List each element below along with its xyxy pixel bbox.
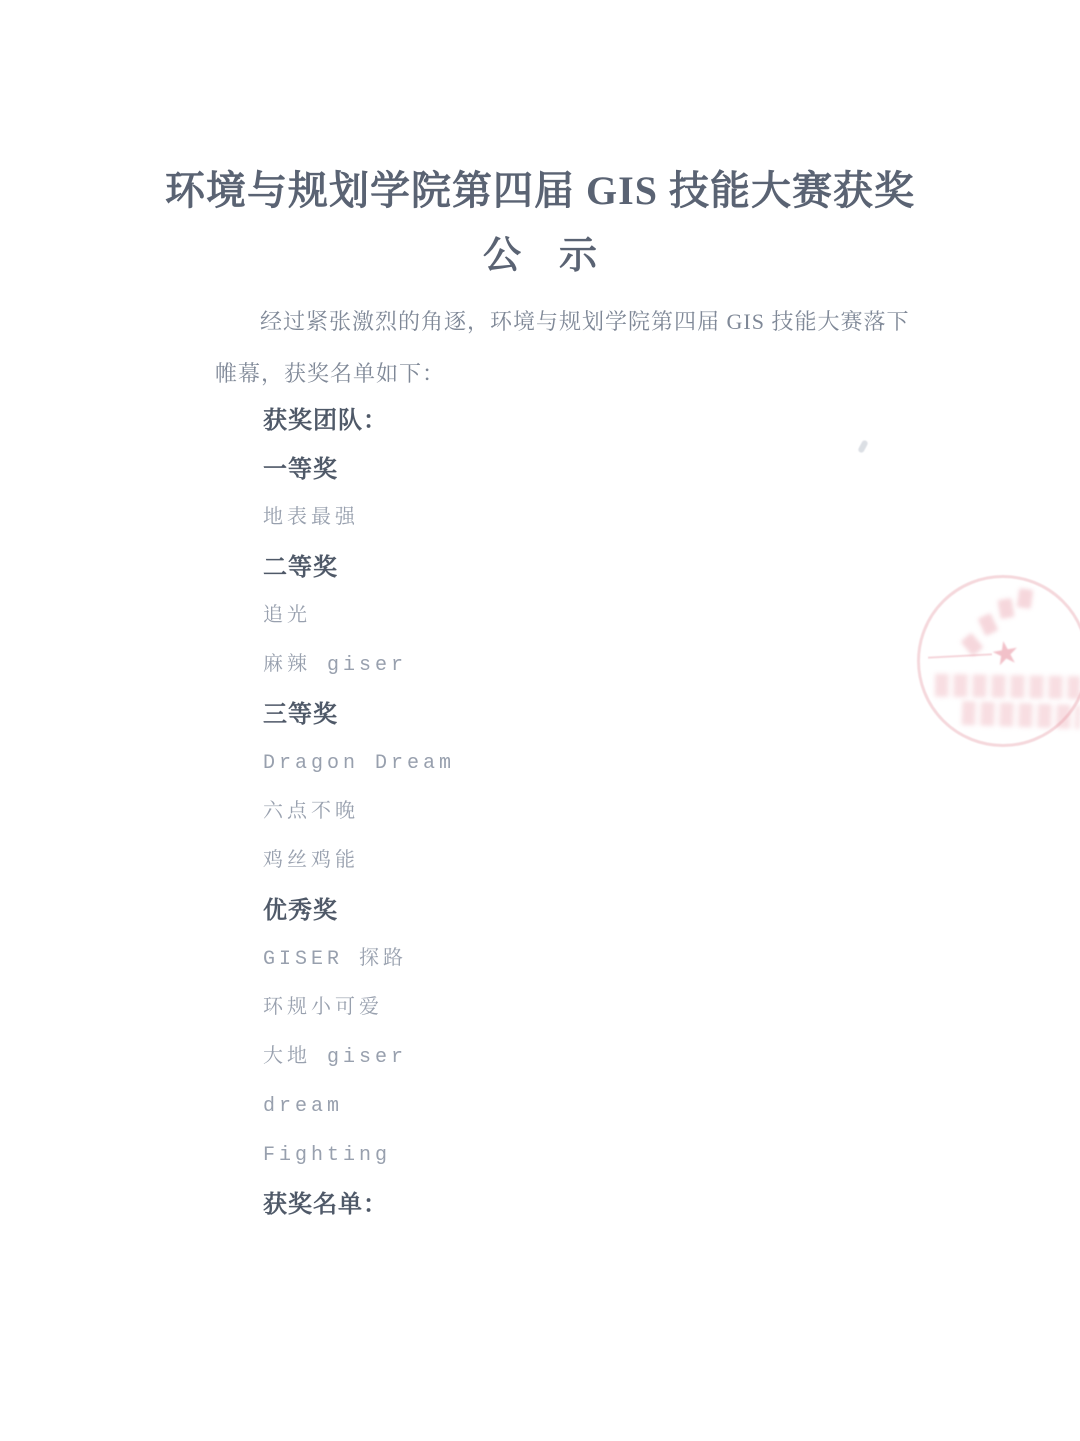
awards-list: 获奖团队：一等奖地表最强二等奖追光麻辣 giser三等奖Dragon Dream… [263,396,455,1229]
seal-lower-text [962,701,1080,729]
team-name: Dragon Dream [263,739,455,788]
seal-arc-text [978,613,999,636]
document-title: 环境与规划学院第四届 GIS 技能大赛获奖 [0,166,1080,216]
team-name: GISER 探路 [263,935,455,984]
seal-star-icon: ★ [988,635,1022,671]
team-name: 环规小可爱 [263,984,455,1033]
award-tier-heading: 三等奖 [263,690,455,739]
document-subtitle: 公 示 [0,232,1080,280]
official-seal: ★ [917,575,1080,747]
seal-arc-text [1017,588,1034,609]
seal-circle [917,575,1080,747]
intro-line-1: 经过紧张激烈的角逐，环境与规划学院第四届 GIS 技能大赛落下 [215,296,915,348]
team-name: 追光 [263,592,455,641]
award-tier-heading: 二等奖 [263,543,455,592]
team-name: 大地 giser [263,1033,455,1082]
document-page: 环境与规划学院第四届 GIS 技能大赛获奖 公 示 经过紧张激烈的角逐，环境与规… [0,0,1080,1441]
seal-lower-text [935,674,1080,700]
intro-paragraph: 经过紧张激烈的角逐，环境与规划学院第四届 GIS 技能大赛落下 帷幕，获奖名单如… [215,296,915,400]
seal-arc-text [997,598,1014,619]
team-name: 鸡丝鸡能 [263,837,455,886]
team-name: dream [263,1082,455,1131]
seal-arc-text [961,633,984,657]
awards-heading: 获奖团队： [263,396,455,445]
seal-divider-line [928,653,992,658]
awards-closing-heading: 获奖名单： [263,1180,455,1229]
award-tier-heading: 优秀奖 [263,886,455,935]
scan-artifact-speck [857,439,868,453]
award-tier-heading: 一等奖 [263,445,455,494]
team-name: 麻辣 giser [263,641,455,690]
intro-line-2: 帷幕，获奖名单如下： [215,348,915,400]
team-name: Fighting [263,1131,455,1180]
team-name: 六点不晚 [263,788,455,837]
team-name: 地表最强 [263,494,455,543]
